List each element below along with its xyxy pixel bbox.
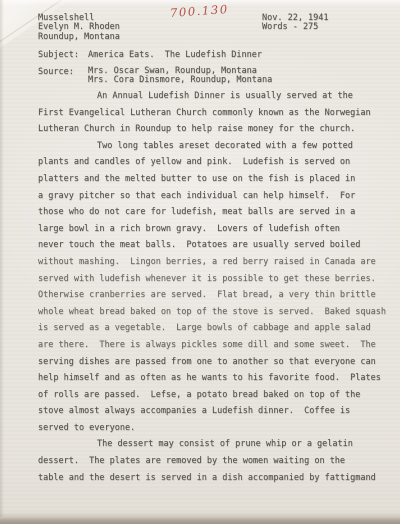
body-line: serving dishes are passed from one to an… bbox=[38, 354, 390, 371]
source-label: Source: bbox=[38, 67, 74, 77]
body-line: plants and candles of yellow and pink. L… bbox=[38, 154, 390, 171]
body-line: without mashing. Lingon berries, a red b… bbox=[38, 254, 390, 271]
body-line: of rolls are passed. Lefse, a potato bre… bbox=[38, 387, 390, 404]
word-count: Words - 275 bbox=[262, 23, 329, 32]
body-line: those who do not care for ludefish, meat… bbox=[38, 204, 390, 221]
body-line: help himself and as often as he wants to… bbox=[38, 370, 390, 387]
body-line: Otherwise cranberries are served. Flat b… bbox=[38, 287, 390, 304]
body-line: are there. There is always pickles some … bbox=[38, 337, 390, 354]
source-line: Mrs. Cora Dinsmore, Roundup, Montana bbox=[88, 76, 272, 85]
body-line: whole wheat bread baked on top of the st… bbox=[38, 304, 390, 321]
body-line: Lutheran Church in Roundup to help raise… bbox=[38, 121, 390, 138]
body-line: large bowl in a rich brown gravy. Lovers… bbox=[38, 221, 390, 238]
body-line: table and the desert is served in a dish… bbox=[38, 470, 390, 487]
body-line: never touch the meat balls. Potatoes are… bbox=[38, 237, 390, 254]
body-line: First Evangelical Lutheran Church common… bbox=[38, 105, 390, 122]
source-block: Mrs. Oscar Swan, Roundup, Montana Mrs. C… bbox=[88, 67, 272, 86]
body-line: platters and the melted butter to use on… bbox=[38, 171, 390, 188]
body-line: served with ludefish whenever it is poss… bbox=[38, 271, 390, 288]
dateline-block: Nov. 22, 1941 Words - 275 bbox=[262, 14, 329, 33]
scan-edge-bottom bbox=[0, 517, 400, 524]
body-line: An Annual Ludefish Dinner is usually ser… bbox=[38, 88, 390, 105]
byline-block: Musselshell Evelyn M. Rhoden Roundup, Mo… bbox=[38, 14, 120, 42]
body-line: Two long tables areset decorated with a … bbox=[38, 138, 390, 155]
body-line: dessert. The plates are removed by the w… bbox=[38, 453, 390, 470]
scan-edge-left bbox=[0, 0, 4, 524]
scanned-document-page: 700.130 Musselshell Evelyn M. Rhoden Rou… bbox=[0, 0, 400, 524]
subject-label: Subject: bbox=[38, 50, 79, 60]
body-line: The dessert may consist of prune whip or… bbox=[38, 436, 390, 453]
body-line: is served as a vegetable. Large bowls of… bbox=[38, 320, 390, 337]
byline-location: Roundup, Montana bbox=[38, 33, 120, 42]
body-line: a gravy pitcher so that each individual … bbox=[38, 188, 390, 205]
handwritten-file-number: 700.130 bbox=[170, 2, 230, 20]
manuscript-body: An Annual Ludefish Dinner is usually ser… bbox=[38, 88, 390, 486]
subject-text: America Eats. The Ludefish Dinner bbox=[88, 50, 262, 60]
body-line: stove almost always accompanies a Ludefi… bbox=[38, 403, 390, 420]
body-line: served to everyone. bbox=[38, 420, 390, 437]
